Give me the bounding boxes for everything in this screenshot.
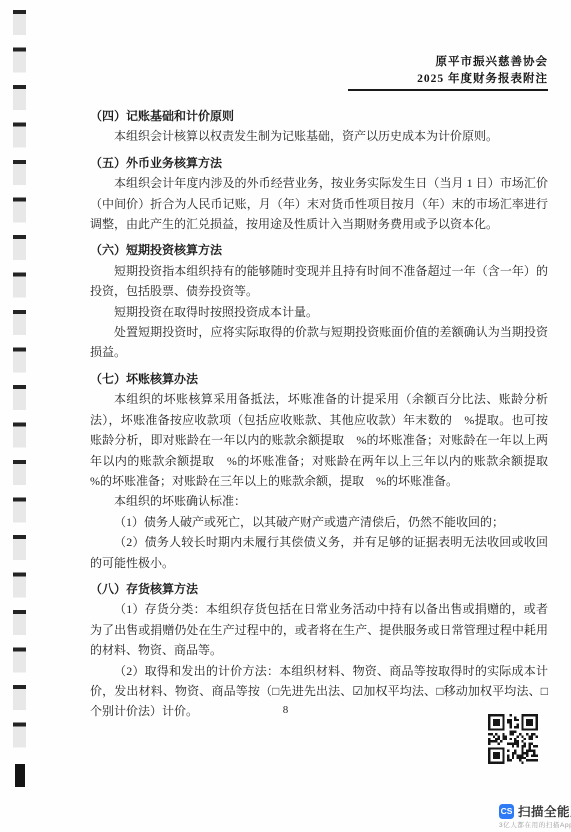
camscanner-tagline: 3亿人都在用的扫描App: [499, 820, 571, 829]
page-header: 原平市振兴慈善协会 2025 年度财务报表附注: [417, 54, 548, 87]
paragraph: （2）债务人较长时期内未履行其偿债义务，并有足够的证据表明无法收回或收回的可能性…: [90, 532, 548, 573]
paragraph: （1）存货分类：本组织存货包括在日常业务活动中持有以备出售或捐赠的，或者为了出售…: [90, 599, 548, 660]
section-heading: （四）记账基础和计价原则: [90, 106, 548, 126]
camscanner-logo: CS 扫描全能王™: [499, 803, 571, 819]
scanned-document-page: 原平市振兴慈善协会 2025 年度财务报表附注 （四）记账基础和计价原则本组织会…: [0, 0, 571, 832]
binding-mark-solid: [15, 764, 25, 787]
paragraph: 本组织的坏账核算采用备抵法，坏账准备的计提采用（余额百分比法、账龄分析法），坏账…: [90, 389, 548, 491]
section-heading: （五）外币业务核算方法: [90, 147, 548, 173]
paragraph: 处置短期投资时，应将实际取得的价款与短期投资账面价值的差额确认为当期投资损益。: [90, 322, 548, 363]
paragraph: （1）债务人破产或死亡，以其破产财产或遗产清偿后，仍然不能收回的；: [90, 512, 548, 532]
page-number: 8: [0, 704, 571, 716]
paragraph: 短期投资在取得时按照投资成本计量。: [90, 302, 548, 322]
paragraph: 本组织的坏账确认标准：: [90, 491, 548, 511]
header-org-name: 原平市振兴慈善协会: [417, 54, 548, 71]
section-heading: （六）短期投资核算方法: [90, 234, 548, 260]
section-heading: （八）存货核算方法: [90, 573, 548, 599]
qr-code: [488, 714, 538, 764]
document-body: （四）记账基础和计价原则本组织会计核算以权责发生制为记账基础，资产以历史成本为计…: [90, 106, 548, 722]
camscanner-badge-icon: CS: [499, 804, 514, 819]
paragraph: 本组织会计核算以权责发生制为记账基础，资产以历史成本为计价原则。: [90, 126, 548, 146]
header-subtitle: 2025 年度财务报表附注: [417, 71, 548, 88]
header-underline: [348, 89, 548, 91]
paragraph: 短期投资指本组织持有的能够随时变现并且持有时间不准备超过一年（含一年）的投资，包…: [90, 261, 548, 302]
paragraph: 本组织会计年度内涉及的外币经营业务，按业务实际发生日（当月 1 日）市场汇价（中…: [90, 173, 548, 234]
binding-marks: [13, 10, 26, 755]
section-heading: （七）坏账核算办法: [90, 363, 548, 389]
camscanner-logo-text: 扫描全能王™: [518, 802, 571, 820]
